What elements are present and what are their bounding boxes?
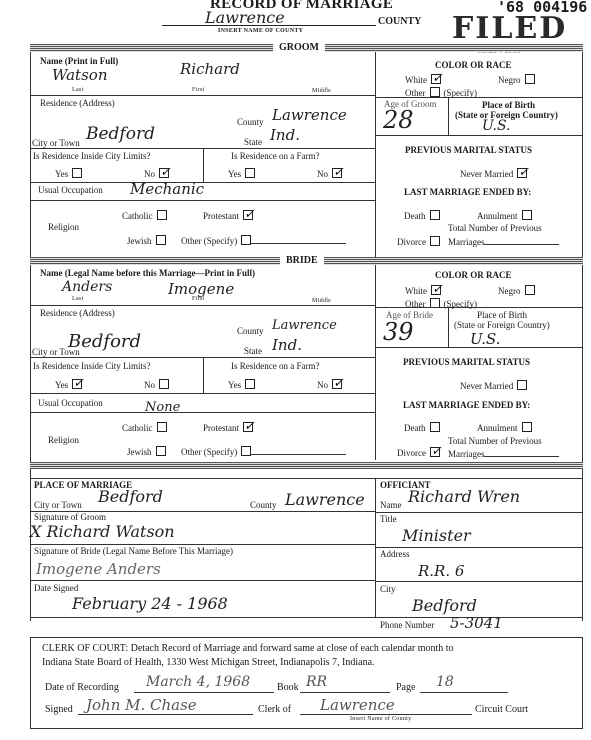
checkbox-checked[interactable] xyxy=(332,168,342,178)
divorce-label: Divorce xyxy=(397,237,426,247)
bride-inside-city-label: Is Residence Inside City Limits? xyxy=(33,361,150,371)
officiant-title-label: Title xyxy=(380,514,397,524)
book-value[interactable]: RR xyxy=(306,674,327,690)
never-married-label: Never Married xyxy=(460,381,513,391)
groom-county-value[interactable]: Lawrence xyxy=(272,106,347,124)
bride-religion-protestant[interactable]: Protestant xyxy=(203,418,253,436)
date-signed-value[interactable]: February 24 - 1968 xyxy=(72,594,228,613)
checkbox[interactable] xyxy=(430,87,440,97)
clerk-of-hint: Insert Name of County xyxy=(350,716,411,722)
groom-age-value[interactable]: 28 xyxy=(383,106,414,134)
protestant-label: Protestant xyxy=(203,211,239,221)
groom-last-name[interactable]: Watson xyxy=(52,66,107,84)
clerk-signature[interactable]: John M. Chase xyxy=(86,696,197,714)
groom-ended-title: LAST MARRIAGE ENDED BY: xyxy=(404,187,531,197)
checkbox[interactable] xyxy=(241,446,251,456)
filed-stamp: FILED xyxy=(452,11,567,46)
bride-total-prev-label: Total Number of Previous xyxy=(448,436,542,446)
groom-residence-label: Residence (Address) xyxy=(40,98,115,108)
groom-state-value[interactable]: Ind. xyxy=(270,126,300,144)
officiant-address-label: Address xyxy=(380,549,410,559)
checkbox-checked[interactable] xyxy=(430,447,440,457)
place-city-label: City or Town xyxy=(34,500,82,510)
death-label: Death xyxy=(404,423,426,433)
checkbox-checked[interactable] xyxy=(332,379,342,389)
jewish-label: Jewish xyxy=(127,236,152,246)
bride-state-value[interactable]: Ind. xyxy=(272,336,302,354)
groom-section-title: GROOM xyxy=(273,42,325,53)
recording-date-label: Date of Recording xyxy=(45,682,119,693)
annulment-label: Annulment xyxy=(477,423,518,433)
bride-first-hint: First xyxy=(192,296,205,302)
header-county-hint: INSERT NAME OF COUNTY xyxy=(218,28,303,34)
date-signed-label: Date Signed xyxy=(34,583,78,593)
checkbox[interactable] xyxy=(430,236,440,246)
bride-occupation-label: Usual Occupation xyxy=(38,398,103,408)
officiant-name-value[interactable]: Richard Wren xyxy=(408,487,520,506)
groom-total-prev-field[interactable] xyxy=(484,235,559,245)
groom-last-hint: Last xyxy=(72,87,84,93)
groom-race-title: COLOR OR RACE xyxy=(435,60,512,70)
groom-marital-title: PREVIOUS MARITAL STATUS xyxy=(405,145,532,155)
bride-last-name[interactable]: Anders xyxy=(62,279,112,295)
bride-inside-city-yes[interactable]: Yes xyxy=(55,375,82,393)
protestant-label: Protestant xyxy=(203,423,239,433)
no-label: No xyxy=(317,380,328,390)
bride-section-title: BRIDE xyxy=(280,255,324,266)
bride-inside-city-no[interactable]: No xyxy=(144,375,169,393)
bride-ended-title: LAST MARRIAGE ENDED BY: xyxy=(403,400,530,410)
checkbox[interactable] xyxy=(430,422,440,432)
checkbox-checked[interactable] xyxy=(243,210,253,220)
catholic-label: Catholic xyxy=(122,211,153,221)
bride-marital-title: PREVIOUS MARITAL STATUS xyxy=(403,357,530,367)
clerk-instruction-2: Indiana State Board of Health, 1330 West… xyxy=(42,657,375,668)
groom-occupation-value[interactable]: Mechanic xyxy=(130,180,204,198)
marriages-label: Marriages xyxy=(448,237,484,247)
bride-state-label: State xyxy=(244,346,262,356)
groom-name-label: Name (Print in Full) xyxy=(40,56,118,66)
checkbox[interactable] xyxy=(157,422,167,432)
groom-inside-city-label: Is Residence Inside City Limits? xyxy=(33,151,150,161)
officiant-title-value[interactable]: Minister xyxy=(402,526,471,545)
yes-label: Yes xyxy=(228,380,241,390)
groom-total-prev-label: Total Number of Previous xyxy=(448,223,542,233)
bride-ended-annulment[interactable]: Annulment xyxy=(477,418,532,436)
groom-farm-no[interactable]: No xyxy=(317,164,342,182)
yes-label: Yes xyxy=(228,169,241,179)
other-label: Other (Specify) xyxy=(181,447,237,457)
groom-race-negro[interactable]: Negro xyxy=(498,70,535,88)
other-label: Other (Specify) xyxy=(181,236,237,246)
bride-total-prev-field[interactable] xyxy=(484,447,559,457)
checkbox[interactable] xyxy=(156,235,166,245)
no-label: No xyxy=(317,169,328,179)
jewish-label: Jewish xyxy=(127,447,152,457)
header-county-label: COUNTY xyxy=(378,16,421,27)
place-county-label: County xyxy=(250,500,277,510)
recording-date-value[interactable]: March 4, 1968 xyxy=(146,674,250,690)
checkbox[interactable] xyxy=(517,380,527,390)
bride-county-value[interactable]: Lawrence xyxy=(272,318,337,333)
groom-signature-label: Signature of Groom xyxy=(34,512,106,522)
groom-religion-catholic[interactable]: Catholic xyxy=(122,206,167,224)
checkbox[interactable] xyxy=(525,285,535,295)
groom-inside-city-yes[interactable]: Yes xyxy=(55,164,82,182)
bride-farm-yes[interactable]: Yes xyxy=(228,375,255,393)
checkbox[interactable] xyxy=(430,210,440,220)
annulment-label: Annulment xyxy=(477,211,518,221)
groom-religion-other[interactable]: Other (Specify) xyxy=(181,231,346,249)
groom-marriages-label: Marriages xyxy=(448,235,559,247)
groom-ended-divorce[interactable]: Divorce xyxy=(397,232,440,250)
bride-last-hint: Last xyxy=(72,296,84,302)
officiant-address-value[interactable]: R.R. 6 xyxy=(418,562,464,580)
groom-middle-hint: Middle xyxy=(312,88,331,94)
negro-label: Negro xyxy=(498,286,521,296)
checkbox[interactable] xyxy=(159,379,169,389)
bride-middle-hint: Middle xyxy=(312,298,331,304)
bride-birthplace-value[interactable]: U.S. xyxy=(470,330,501,348)
marriages-label: Marriages xyxy=(448,449,484,459)
bride-ended-divorce[interactable]: Divorce xyxy=(397,443,440,461)
bride-marriages-label: Marriages xyxy=(448,447,559,459)
checkbox[interactable] xyxy=(522,210,532,220)
yes-label: Yes xyxy=(55,380,68,390)
checkbox-checked[interactable] xyxy=(243,422,253,432)
officiant-name-label: Name xyxy=(380,500,402,510)
groom-county-label: County xyxy=(237,117,264,127)
bride-farm-label: Is Residence on a Farm? xyxy=(231,361,319,371)
page-value[interactable]: 18 xyxy=(436,674,454,690)
checkbox-checked[interactable] xyxy=(72,379,82,389)
checkbox-checked[interactable] xyxy=(159,168,169,178)
checkbox[interactable] xyxy=(241,235,251,245)
bride-residence-label: Residence (Address) xyxy=(40,308,115,318)
groom-first-name[interactable]: Richard xyxy=(180,60,240,78)
groom-religion-label: Religion xyxy=(48,222,79,232)
groom-farm-yes[interactable]: Yes xyxy=(228,164,255,182)
negro-label: Negro xyxy=(498,75,521,85)
officiant-phone-label: Phone Number xyxy=(380,620,434,630)
officiant-city-value[interactable]: Bedford xyxy=(412,596,477,615)
groom-birthplace-value[interactable]: U.S. xyxy=(482,118,511,134)
clerk-instruction-1: CLERK OF COURT: Detach Record of Marriag… xyxy=(42,643,454,654)
bride-farm-no[interactable]: No xyxy=(317,375,342,393)
no-label: No xyxy=(144,380,155,390)
bride-signature[interactable]: Imogene Anders xyxy=(36,560,161,578)
bride-birthplace-label: Place of Birth xyxy=(477,310,527,320)
bride-religion-label: Religion xyxy=(48,435,79,445)
officiant-phone-value[interactable]: 5-3041 xyxy=(450,614,503,632)
groom-farm-label: Is Residence on a Farm? xyxy=(231,151,319,161)
bride-race-negro[interactable]: Negro xyxy=(498,281,535,299)
bride-never-married[interactable]: Never Married xyxy=(460,376,527,394)
groom-birthplace-label: Place of Birth xyxy=(482,100,535,110)
groom-ended-annulment[interactable]: Annulment xyxy=(477,206,532,224)
bride-religion-jewish[interactable]: Jewish xyxy=(127,442,166,460)
groom-signature[interactable]: X Richard Watson xyxy=(30,522,175,541)
checkbox[interactable] xyxy=(525,74,535,84)
place-city-value[interactable]: Bedford xyxy=(98,487,163,506)
groom-first-hint: First xyxy=(192,87,205,93)
groom-city-label: City or Town xyxy=(32,138,80,148)
circuit-court-label: Circuit Court xyxy=(475,704,528,715)
bride-religion-other[interactable]: Other (Specify) xyxy=(181,442,346,460)
bride-signature-label: Signature of Bride (Legal Name Before Th… xyxy=(34,546,233,556)
groom-state-label: State xyxy=(244,137,262,147)
catholic-label: Catholic xyxy=(122,423,153,433)
groom-ended-death[interactable]: Death xyxy=(404,206,440,224)
checkbox[interactable] xyxy=(245,379,255,389)
place-county-value[interactable]: Lawrence xyxy=(285,490,365,509)
bride-city-value[interactable]: Bedford xyxy=(68,331,141,352)
bride-county-label: County xyxy=(237,326,264,336)
bride-band: BRIDE xyxy=(30,257,583,265)
bride-age-value[interactable]: 39 xyxy=(383,318,414,346)
checkbox[interactable] xyxy=(522,422,532,432)
checkbox[interactable] xyxy=(156,446,166,456)
checkbox[interactable] xyxy=(72,168,82,178)
bride-birthplace-hint: (State or Foreign Country) xyxy=(454,320,550,330)
groom-religion-jewish[interactable]: Jewish xyxy=(127,231,166,249)
groom-band: GROOM xyxy=(30,44,583,52)
page-label: Page xyxy=(396,682,415,693)
clerk-of-value[interactable]: Lawrence xyxy=(320,696,395,714)
place-band xyxy=(30,462,583,469)
signed-label: Signed xyxy=(45,704,73,715)
bride-name-label: Name (Legal Name before this Marriage—Pr… xyxy=(40,268,255,278)
death-label: Death xyxy=(404,211,426,221)
groom-never-married[interactable]: Never Married xyxy=(460,164,527,182)
header-county-value: Lawrence xyxy=(205,8,285,27)
bride-race-title: COLOR OR RACE xyxy=(435,270,512,280)
checkbox[interactable] xyxy=(157,210,167,220)
divorce-label: Divorce xyxy=(397,448,426,458)
yes-label: Yes xyxy=(55,169,68,179)
groom-occupation-label: Usual Occupation xyxy=(38,185,103,195)
checkbox-checked[interactable] xyxy=(517,168,527,178)
book-label: Book xyxy=(277,682,299,693)
officiant-city-label: City xyxy=(380,584,396,594)
never-married-label: Never Married xyxy=(460,169,513,179)
groom-religion-protestant[interactable]: Protestant xyxy=(203,206,253,224)
checkbox[interactable] xyxy=(245,168,255,178)
bride-religion-catholic[interactable]: Catholic xyxy=(122,418,167,436)
groom-city-value[interactable]: Bedford xyxy=(86,124,155,144)
no-label: No xyxy=(144,169,155,179)
clerk-of-label: Clerk of xyxy=(258,704,291,715)
bride-ended-death[interactable]: Death xyxy=(404,418,440,436)
